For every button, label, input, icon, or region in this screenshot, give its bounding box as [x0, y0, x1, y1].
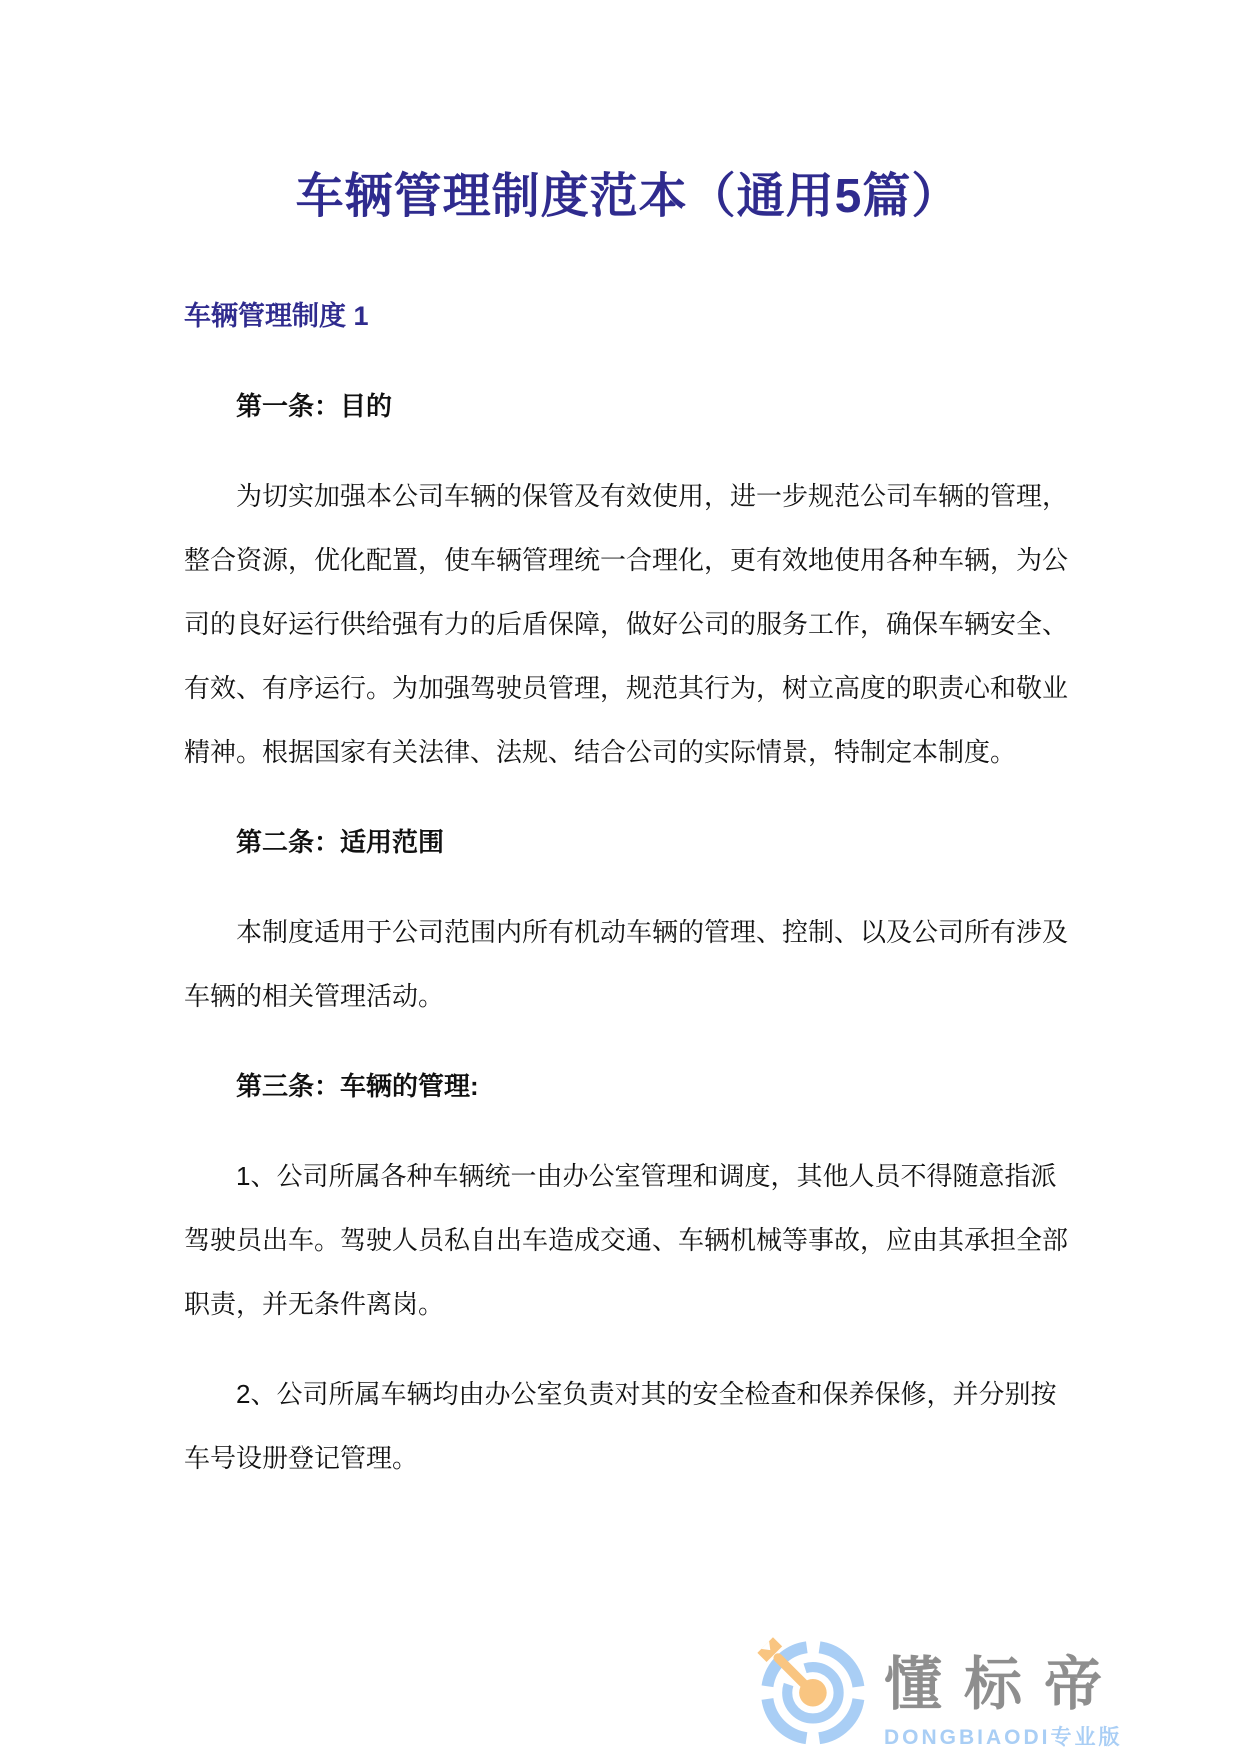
article-2-paragraph: 本制度适用于公司范围内所有机动车辆的管理、控制、以及公司所有涉及 车辆的相关管理…	[184, 900, 1072, 1028]
watermark-brand-en: DONGBIAODI专业版	[884, 1727, 1124, 1748]
watermark-text: 懂标帝 DONGBIAODI专业版	[884, 1634, 1124, 1748]
article-1-heading: 第一条：目的	[184, 374, 1072, 438]
watermark-logo: 懂标帝 DONGBIAODI专业版	[756, 1634, 1124, 1748]
document-content: 车辆管理制度范本（通用5篇） 车辆管理制度 1 第一条：目的 为切实加强本公司车…	[184, 0, 1072, 1490]
article-3-paragraph-2: 2、公司所属车辆均由办公室负责对其的安全检查和保养保修，并分别按 车号设册登记管…	[184, 1362, 1072, 1490]
article-2-heading: 第二条：适用范围	[184, 810, 1072, 874]
article-1-paragraph: 为切实加强本公司车辆的保管及有效使用，进一步规范公司车辆的管理， 整合资源，优化…	[184, 464, 1072, 784]
section-heading: 车辆管理制度 1	[184, 284, 1072, 348]
article-3-paragraph-1: 1、公司所属各种车辆统一由办公室管理和调度，其他人员不得随意指派 驾驶员出车。驾…	[184, 1144, 1072, 1336]
document-title: 车辆管理制度范本（通用5篇）	[184, 162, 1072, 232]
article-3-heading: 第三条：车辆的管理:	[184, 1054, 1072, 1118]
watermark-brand-cn: 懂标帝	[884, 1656, 1124, 1714]
document-page: 车辆管理制度范本（通用5篇） 车辆管理制度 1 第一条：目的 为切实加强本公司车…	[0, 0, 1241, 1754]
target-dart-icon	[756, 1634, 868, 1746]
